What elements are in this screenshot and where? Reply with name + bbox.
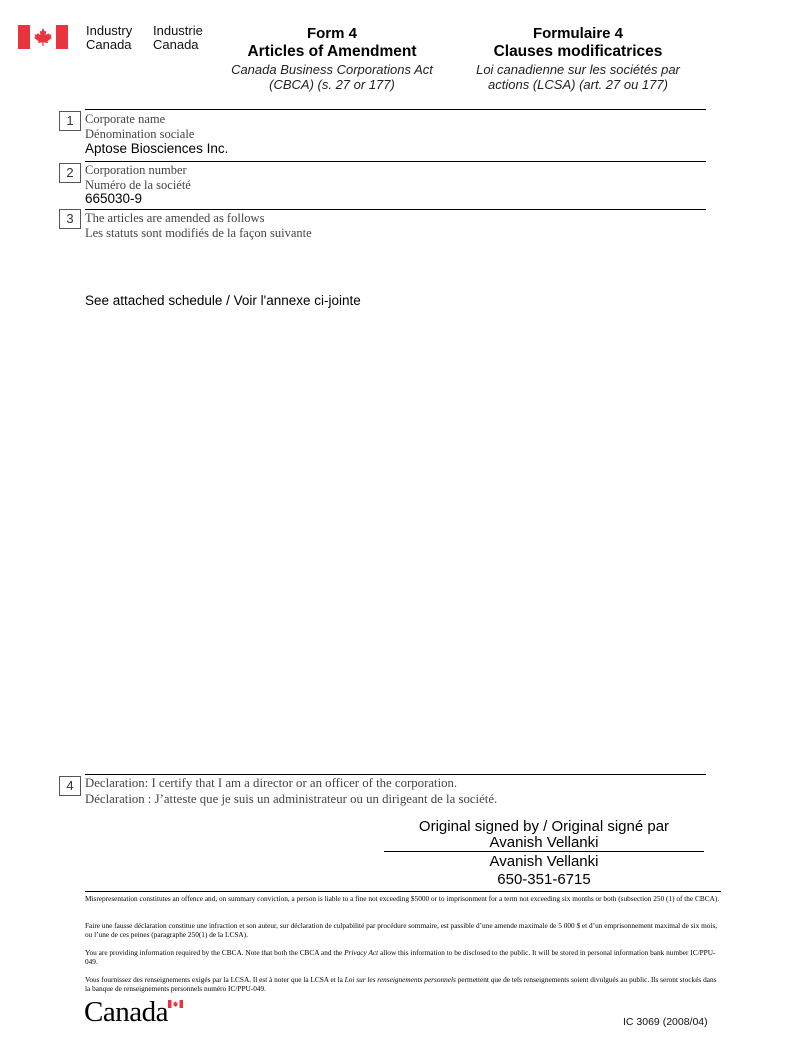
signatory-phone: 650-351-6715 <box>384 871 704 888</box>
form-title-fr: Formulaire 4 Clauses modificatrices Loi … <box>463 25 693 92</box>
disclaimer-divider <box>85 891 721 892</box>
form-code: IC 3069 (2008/04) <box>623 1016 708 1028</box>
section-number-badge: 4 <box>59 776 81 796</box>
form-name-en: Articles of Amendment <box>217 42 447 62</box>
amendments-value: See attached schedule / Voir l'annexe ci… <box>85 293 361 308</box>
signature-line <box>384 851 704 852</box>
act-name-fr: Loi canadienne sur les sociétés par <box>463 62 693 77</box>
amendments-label-fr: Les statuts sont modifiés de la façon su… <box>85 226 312 241</box>
section-divider <box>85 209 706 210</box>
section-number-badge: 1 <box>59 111 81 131</box>
amendments-label-en: The articles are amended as follows <box>85 211 264 226</box>
disclaimer-penalty-fr: Faire une fausse déclaration constitue u… <box>85 921 721 939</box>
corporate-name-label-fr: Dénomination sociale <box>85 127 194 142</box>
canada-wordmark: Canada <box>84 996 168 1028</box>
declaration-text-fr: Déclaration : J’atteste que je suis un a… <box>85 792 497 807</box>
corporate-name-value: Aptose Biosciences Inc. <box>85 141 228 156</box>
disclaimer-privacy-fr: Vous fournissez des renseignements exigé… <box>85 975 721 993</box>
canada-wordmark-flag-icon <box>168 1000 183 1008</box>
signature-statement: Original signed by / Original signé par <box>384 818 704 835</box>
act-section-en: (CBCA) (s. 27 or 177) <box>217 77 447 92</box>
department-en-line1: Industry <box>86 24 132 38</box>
corporate-name-label-en: Corporate name <box>85 112 165 127</box>
form-number-fr: Formulaire 4 <box>463 25 693 42</box>
department-name-fr: Industrie Canada <box>153 24 203 52</box>
section-number-badge: 3 <box>59 209 81 229</box>
section-number-badge: 2 <box>59 163 81 183</box>
corporation-number-label-en: Corporation number <box>85 163 187 178</box>
signatory-name: Avanish Vellanki <box>384 853 704 870</box>
section-divider <box>85 161 706 162</box>
privacy-fr-text: Vous fournissez des renseignements exigé… <box>85 975 345 984</box>
form-number-en: Form 4 <box>217 25 447 42</box>
signature-signer: Avanish Vellanki <box>384 834 704 851</box>
disclaimer-privacy-en: You are providing information required b… <box>85 948 721 966</box>
declaration-text-en: Declaration: I certify that I am a direc… <box>85 776 457 791</box>
act-name-en: Canada Business Corporations Act <box>217 62 447 77</box>
corporation-number-value: 665030-9 <box>85 191 142 206</box>
privacy-act-title: Privacy Act <box>344 948 378 957</box>
privacy-en-text: You are providing information required b… <box>85 948 344 957</box>
department-fr-line1: Industrie <box>153 24 203 38</box>
form-title-en: Form 4 Articles of Amendment Canada Busi… <box>217 25 447 92</box>
act-section-fr: actions (LCSA) (art. 27 ou 177) <box>463 77 693 92</box>
form-name-fr: Clauses modificatrices <box>463 42 693 62</box>
privacy-act-title-fr: Loi sur les renseignements personnels <box>345 975 456 984</box>
department-fr-line2: Canada <box>153 38 203 52</box>
disclaimer-penalty-en: Misrepresentation constitutes an offence… <box>85 894 721 903</box>
section-divider <box>85 109 706 110</box>
canada-flag-icon <box>18 25 68 49</box>
department-en-line2: Canada <box>86 38 132 52</box>
department-name-en: Industry Canada <box>86 24 132 52</box>
section-divider <box>85 774 706 775</box>
